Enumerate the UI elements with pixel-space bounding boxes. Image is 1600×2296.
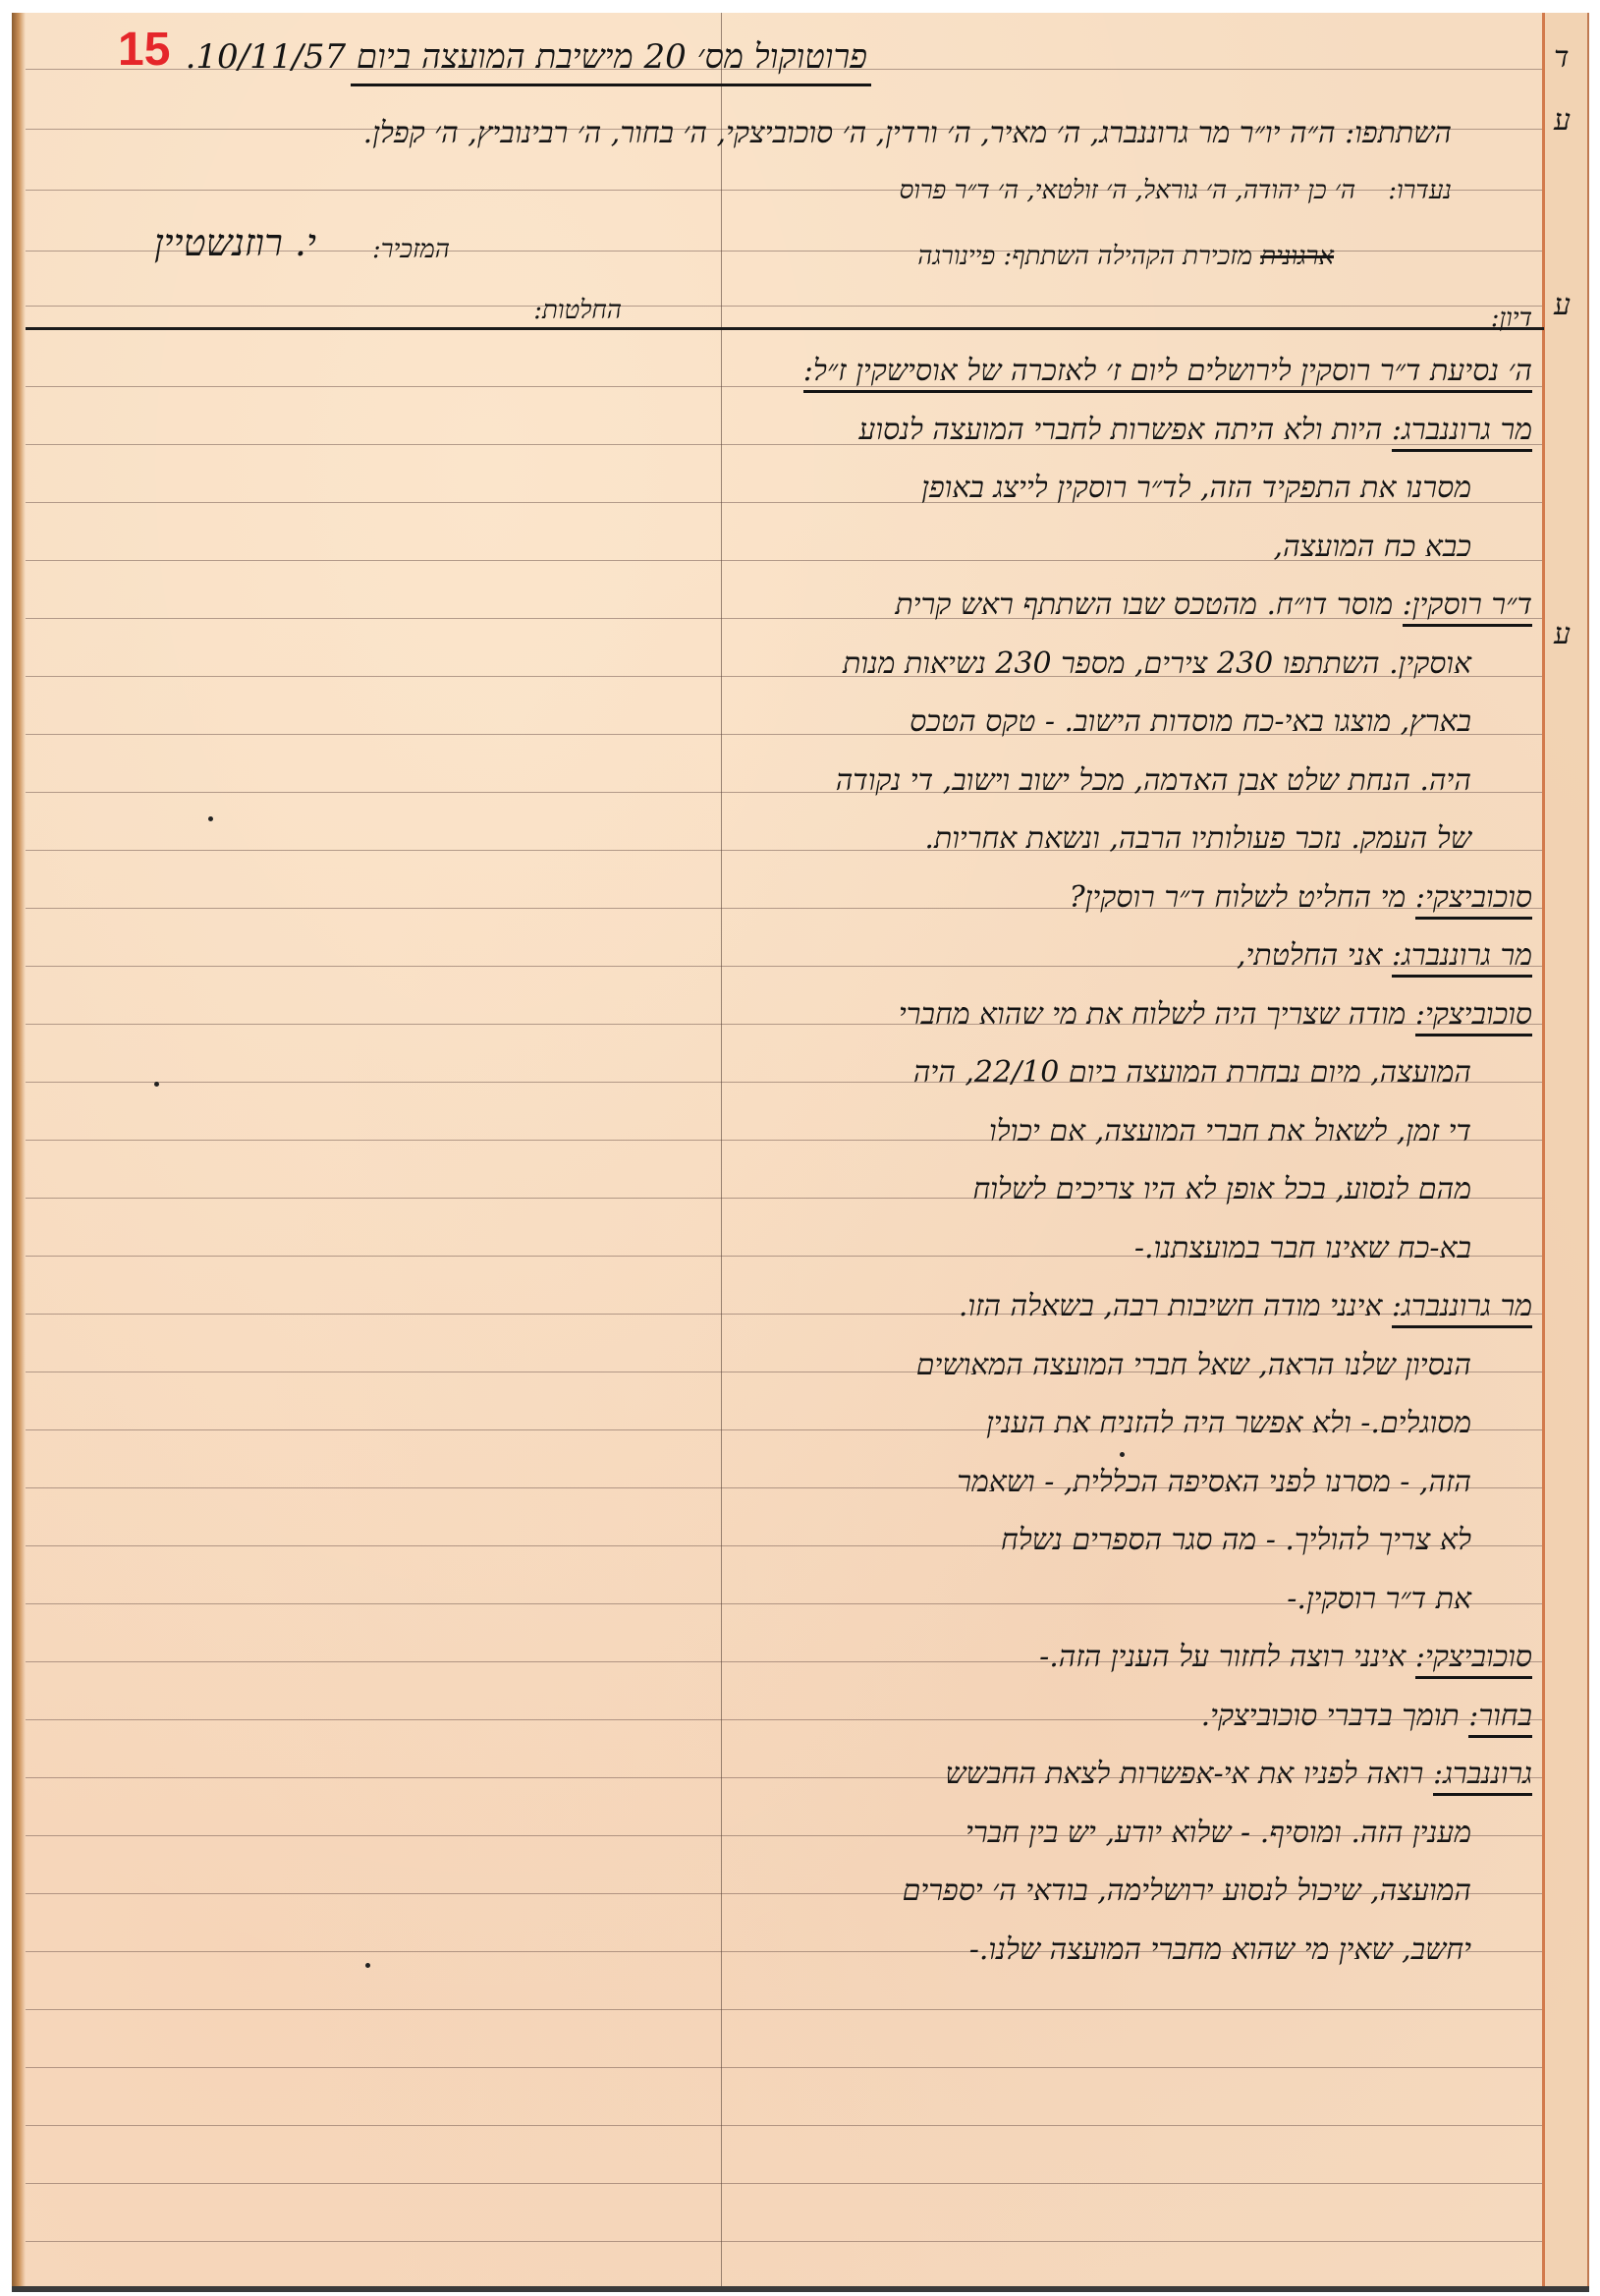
discussion-line: די זמן, לשאול את חברי המועצה, אם יכולו	[989, 1117, 1471, 1147]
ruled-line	[26, 2009, 1542, 2010]
secretary-label: המזכיר:	[372, 237, 450, 262]
discussion-text: כבא כח המועצה,	[1274, 530, 1471, 564]
speaker-name: סוכוביצקי:	[1415, 1643, 1532, 1679]
agenda-item-heading-text: ה׳ נסיעת ד״ר רוסקין לירושלים ליום ז׳ לאז…	[803, 357, 1532, 393]
discussion-text: הנסיון שלנו הראה, שאל חברי המועצה המאושי…	[916, 1348, 1471, 1382]
ruled-line	[26, 2067, 1542, 2068]
ink-spot	[1120, 1452, 1125, 1457]
discussion-line: של העמק. נזכר פעולותיו הרבה, ונשאת אחריו…	[924, 824, 1471, 854]
discussion-line: גרוננברג: רואה לפניו את אי-אפשרות לצאת ה…	[945, 1760, 1532, 1796]
participants-list: ה״ה יו״ר מר גרוננברג, ה׳ מאיר, ה׳ ורדין,…	[363, 116, 1336, 150]
header-separator-rule	[26, 327, 1544, 330]
decisions-column-heading: החלטות:	[533, 298, 622, 323]
discussion-text: אינני מודה חשיבות רבה, בשאלה הזו.	[959, 1289, 1383, 1323]
ink-spot	[365, 1963, 370, 1968]
discussion-line: סוכוביצקי: מודה שצריך היה לשלוח את מי שה…	[899, 1000, 1532, 1036]
speaker-name: בחור:	[1468, 1702, 1532, 1738]
discussion-line: הזה, - מסרנו לפני האסיפה הכללית, - ושאמר	[957, 1468, 1471, 1497]
speaker-name: גרוננברג:	[1433, 1760, 1532, 1796]
discussion-line: בא-כח שאינו חבר במועצתנו.-	[1134, 1234, 1471, 1263]
margin-mark: ע	[1554, 617, 1571, 651]
discussion-text: בא-כח שאינו חבר במועצתנו.-	[1134, 1231, 1471, 1265]
margin-rule-outer	[1587, 13, 1589, 2292]
discussion-line: לא צריך להוליך. - מה סגר הספרים נשלח	[1001, 1526, 1471, 1555]
secretary-signature: י. רוזנשטיין	[154, 224, 316, 261]
discussion-line: מר גרוננברג: אני החלטתי,	[1237, 941, 1532, 978]
title-underline	[351, 84, 871, 86]
discussion-text: רואה לפניו את אי-אפשרות לצאת החבשש	[945, 1757, 1423, 1791]
absent-label: נעדרו:	[1388, 176, 1452, 205]
ruled-line	[26, 306, 1542, 307]
discussion-text: בארץ, מוצגו באי-כח מוסדות הישוב. - טקס ה…	[910, 704, 1471, 739]
ruled-line	[26, 2125, 1542, 2126]
discussion-line: סוכוביצקי: מי החליט לשלוח ד״ר רוסקין?	[1070, 883, 1532, 920]
page-binding-edge	[12, 13, 26, 2292]
discussion-text: תומך בדברי סוכוביצקי.	[1201, 1699, 1460, 1733]
speaker-name: ד״ר רוסקין:	[1403, 590, 1532, 627]
guest-row: ארגונית מזכירת הקהילה השתתף: פיינורגה	[917, 244, 1334, 269]
discussion-text: המועצה, מיום נבחרת המועצה ביום 22/10, הי…	[913, 1055, 1471, 1090]
discussion-line: יחשב, שאין מי שהוא מחברי המועצה שלנו.-	[969, 1935, 1471, 1965]
discussion-line: סוכוביצקי: אינני רוצה לחזור על הענין הזה…	[1039, 1643, 1532, 1679]
discussion-line: מסרנו את התפקיד הזה, לד״ר רוסקין לייצג ב…	[921, 474, 1471, 503]
discussion-line: כבא כח המועצה,	[1274, 532, 1471, 562]
discussion-line: מענין הזה. ומוסיף. - שלוא יודע, יש בין ח…	[966, 1819, 1471, 1848]
discussion-text: מודה שצריך היה לשלוח את מי שהוא מחברי	[899, 997, 1406, 1032]
margin-mark: ע	[1554, 288, 1571, 322]
discussion-text: די זמן, לשאול את חברי המועצה, אם יכולו	[989, 1114, 1471, 1148]
guest-label: מזכירת הקהילה השתתף:	[1003, 242, 1252, 271]
discussion-text: יחשב, שאין מי שהוא מחברי המועצה שלנו.-	[969, 1932, 1471, 1967]
speaker-name: מר גרוננברג:	[1392, 941, 1532, 978]
discussion-text: של העמק. נזכר פעולותיו הרבה, ונשאת אחריו…	[924, 821, 1471, 856]
speaker-name: סוכוביצקי:	[1415, 1000, 1532, 1036]
discussion-line: היה. הנחת שלט אבן האדמה, מכל ישוב וישוב,…	[836, 766, 1471, 796]
discussion-text: אוסקין. השתתפו 230 צירים, מספר 230 נשיאו…	[843, 646, 1471, 681]
discussion-line: אוסקין. השתתפו 230 צירים, מספר 230 נשיאו…	[843, 649, 1471, 679]
speaker-name: סוכוביצקי:	[1415, 883, 1532, 920]
discussion-text: מהם לנסוע, בכל אופן לא היו צריכים לשלוח	[972, 1172, 1471, 1206]
agenda-item-heading: ה׳ נסיעת ד״ר רוסקין לירושלים ליום ז׳ לאז…	[803, 357, 1532, 393]
margin-mark: ע	[1554, 103, 1571, 138]
speaker-name: מר גרוננברג:	[1392, 1292, 1532, 1328]
discussion-column-heading: דיון:	[1491, 306, 1532, 331]
discussion-text: הזה, - מסרנו לפני האסיפה הכללית, - ושאמר	[957, 1465, 1471, 1499]
page-bottom-edge	[12, 2286, 1589, 2292]
protocol-title: פרוטוקול מס׳ 20 מישיבת המועצה ביום 10/11…	[186, 40, 867, 74]
discussion-line: מר גרוננברג: היות ולא היתה אפשרות לחברי …	[858, 416, 1532, 452]
discussion-text: המועצה, שיכול לנסוע ירושלימה, בודאי ה׳ י…	[903, 1874, 1471, 1908]
discussion-line: הנסיון שלנו הראה, שאל חברי המועצה המאושי…	[916, 1351, 1471, 1380]
page-number: 15	[118, 27, 170, 74]
discussion-text: לא צריך להוליך. - מה סגר הספרים נשלח	[1001, 1523, 1471, 1557]
ink-spot	[208, 816, 213, 821]
document-page: 15 פרוטוקול מס׳ 20 מישיבת המועצה ביום 10…	[12, 13, 1589, 2292]
guest-name: פיינורגה	[917, 242, 995, 271]
discussion-line: ד״ר רוסקין: מוסר דו״ח. מהטכס שבו השתתף ר…	[895, 590, 1532, 627]
discussion-line: בארץ, מוצגו באי-כח מוסדות הישוב. - טקס ה…	[910, 707, 1471, 737]
margin-rule-red	[1542, 13, 1545, 2292]
participants-row: השתתפו: ה״ה יו״ר מר גרוננברג, ה׳ מאיר, ה…	[363, 119, 1452, 148]
struck-word: ארגונית	[1260, 242, 1334, 271]
discussion-text: מסרנו את התפקיד הזה, לד״ר רוסקין לייצג ב…	[921, 471, 1471, 505]
right-margin-strip	[1543, 13, 1589, 2292]
discussion-text: היות ולא היתה אפשרות לחברי המועצה לנסוע	[858, 413, 1382, 447]
discussion-text: מי החליט לשלוח ד״ר רוסקין?	[1070, 880, 1407, 915]
absent-row: נעדרו: ה׳ כן יהודה, ה׳ גוראל, ה׳ זולטאי,…	[899, 178, 1452, 203]
discussion-line: מהם לנסוע, בכל אופן לא היו צריכים לשלוח	[972, 1175, 1471, 1204]
discussion-text: מסוגלים.- ולא אפשר היה להזניח את הענין	[986, 1406, 1471, 1440]
participants-label: השתתפו:	[1345, 116, 1452, 150]
discussion-text: מענין הזה. ומוסיף. - שלוא יודע, יש בין ח…	[966, 1816, 1471, 1850]
absent-list: ה׳ כן יהודה, ה׳ גוראל, ה׳ זולטאי, ה׳ ד״ר…	[899, 176, 1355, 205]
discussion-text: אני החלטתי,	[1237, 938, 1382, 973]
discussion-line: המועצה, מיום נבחרת המועצה ביום 22/10, הי…	[913, 1058, 1471, 1088]
discussion-text: היה. הנחת שלט אבן האדמה, מכל ישוב וישוב,…	[836, 763, 1471, 798]
discussion-line: את ד״ר רוסקין.-	[1287, 1585, 1471, 1614]
discussion-text: אינני רוצה לחזור על הענין הזה.-	[1039, 1640, 1406, 1674]
ruled-line	[26, 2183, 1542, 2184]
speaker-name: מר גרוננברג:	[1392, 416, 1532, 452]
ink-spot	[154, 1082, 159, 1087]
discussion-line: מר גרוננברג: אינני מודה חשיבות רבה, בשאל…	[959, 1292, 1532, 1328]
margin-mark: ד	[1554, 40, 1569, 75]
discussion-text: מוסר דו״ח. מהטכס שבו השתתף ראש קרית	[895, 588, 1393, 622]
discussion-text: את ד״ר רוסקין.-	[1287, 1582, 1471, 1616]
column-divider	[721, 13, 722, 2292]
discussion-line: מסוגלים.- ולא אפשר היה להזניח את הענין	[986, 1409, 1471, 1438]
ruled-line	[26, 2241, 1542, 2242]
discussion-line: בחור: תומך בדברי סוכוביצקי.	[1201, 1702, 1532, 1738]
discussion-line: המועצה, שיכול לנסוע ירושלימה, בודאי ה׳ י…	[903, 1876, 1471, 1906]
